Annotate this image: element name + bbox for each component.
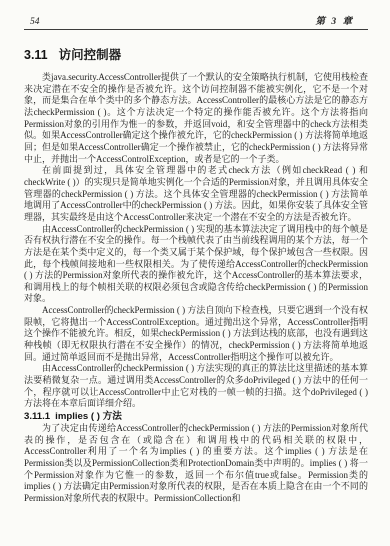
paragraph: 由AccessController的checkPermission ( ) 实现… <box>24 224 368 306</box>
paragraph: 类java.security.AccessController提供了一个默认的安… <box>24 72 368 165</box>
paragraph: 由AccessController的checkPermission ( ) 方法… <box>24 363 368 410</box>
subsection-number: 3.11.1 <box>24 411 50 423</box>
section-body: 类java.security.AccessController提供了一个默认的安… <box>24 72 368 505</box>
paragraph: 为了决定由传递给AccessController的checkPermission… <box>24 423 368 505</box>
section-number: 3.11 <box>24 48 48 62</box>
section-heading-text: 访问控制器 <box>59 45 122 63</box>
page-number: 54 <box>24 17 40 27</box>
paragraph: AccessController的checkPermission ( ) 方法自… <box>24 305 368 363</box>
running-head: 54 第 3 章 <box>24 13 368 30</box>
subsection-title: 3.11.1 implies ( ) 方法 <box>24 411 368 423</box>
subsection-heading-text: implies ( ) 方法 <box>55 411 122 423</box>
section-title: 3.11 访问控制器 <box>24 45 368 63</box>
chapter-label: 第 3 章 <box>315 13 368 27</box>
scanned-book-page: 54 第 3 章 3.11 访问控制器 类java.security.Acces… <box>0 0 390 546</box>
paragraph: 在前面提到过，具体安全管理器中的老式check方法（例如checkRead ( … <box>24 165 368 223</box>
